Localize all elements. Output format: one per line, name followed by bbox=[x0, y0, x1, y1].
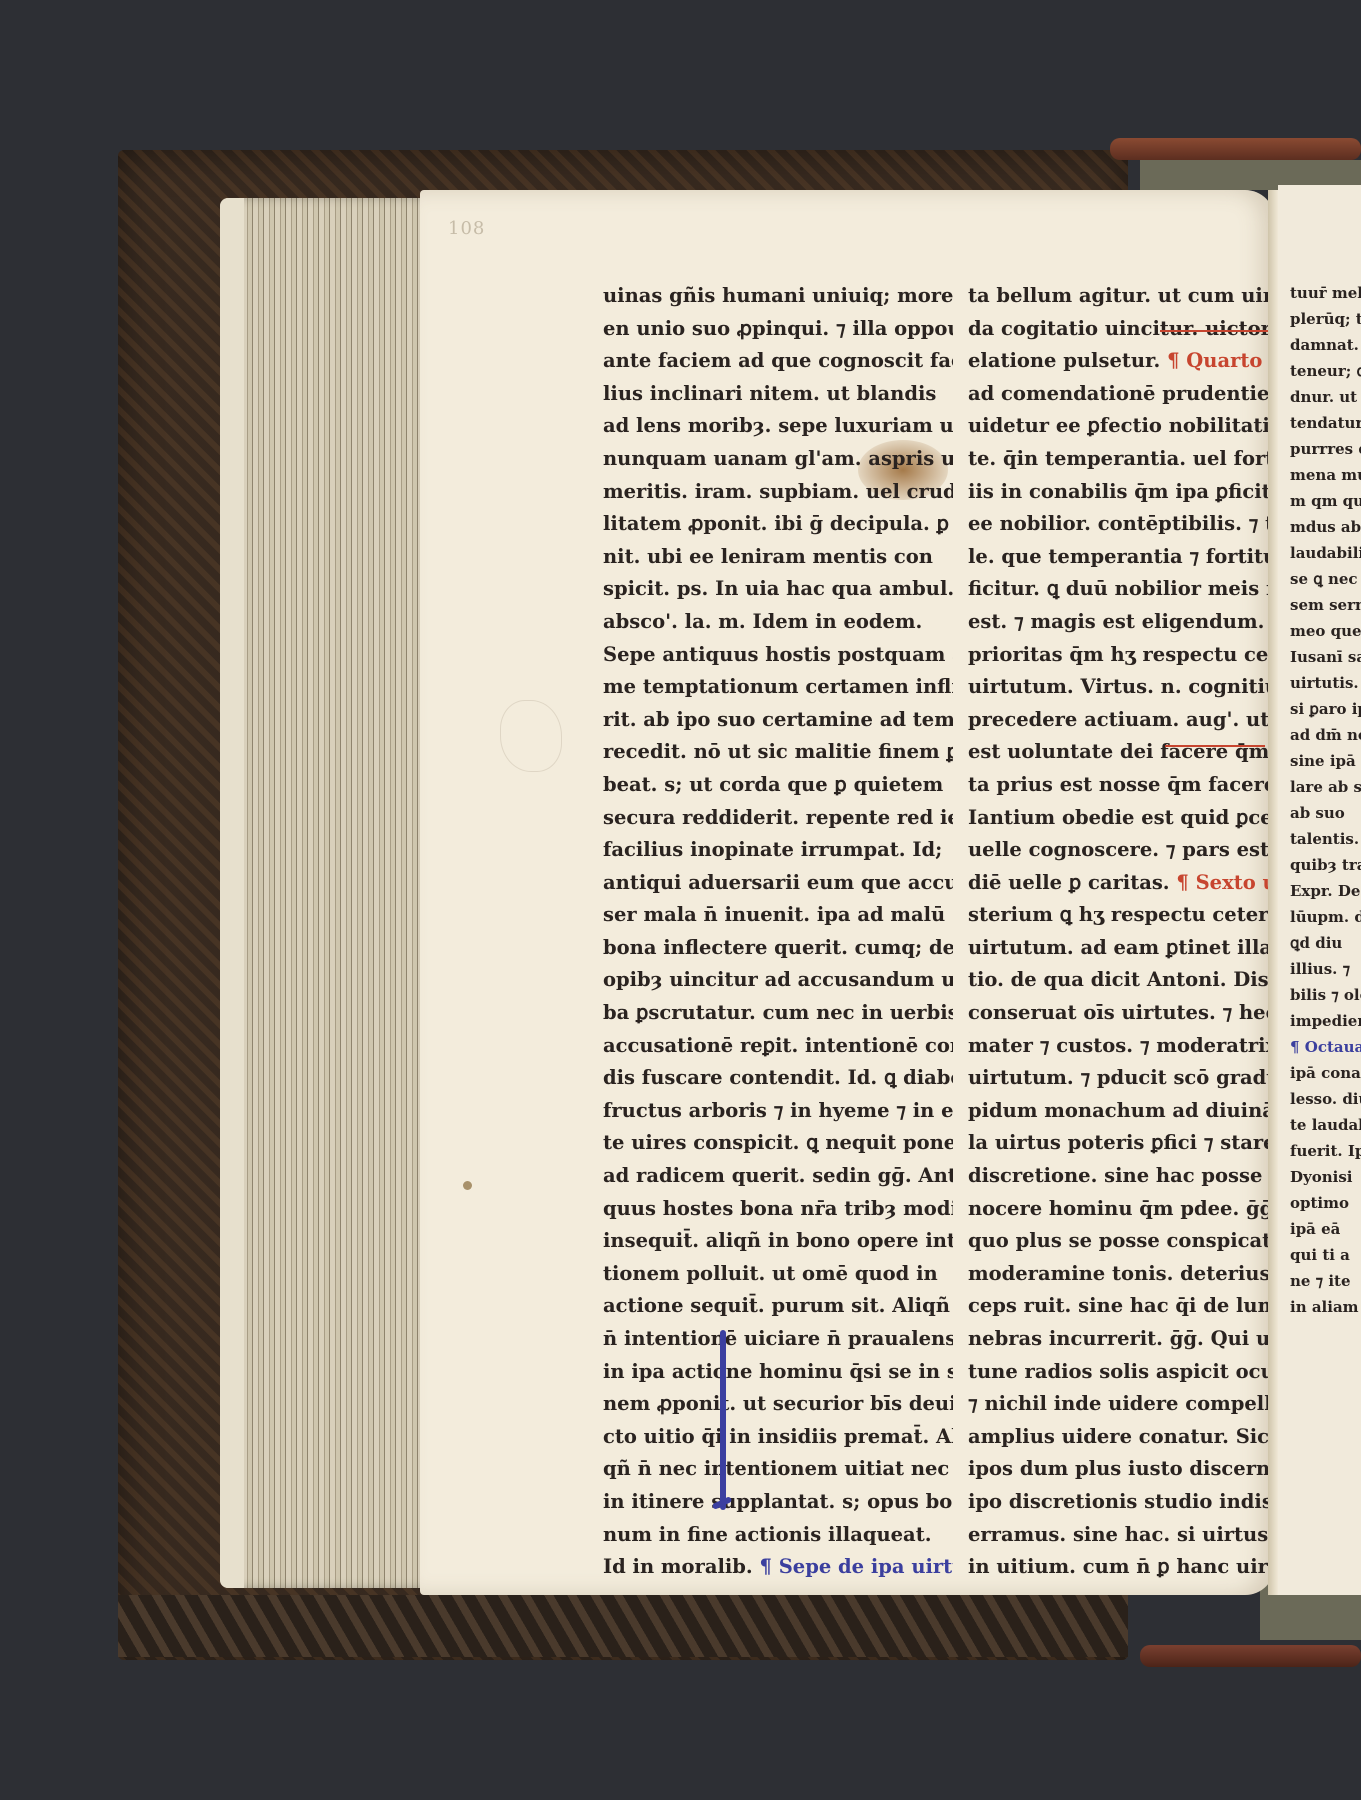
text-line: m qm qu bbox=[1290, 488, 1361, 514]
text-column-b: ta bellum agitur. ut cum uirtusda cogita… bbox=[968, 280, 1268, 1584]
text-line: ad lens moribȝ. sepe luxuriam uo bbox=[603, 410, 953, 443]
text-line: meo queda bbox=[1290, 618, 1361, 644]
text-line: facilius inopinate irrumpat. Id; bbox=[603, 834, 953, 867]
text-line: laudabili bbox=[1290, 540, 1361, 566]
page-edges-stack bbox=[220, 198, 420, 1588]
text-line: ser mala n̄ inuenit. ipa ad malū bbox=[603, 899, 953, 932]
text-line: cto uitio q̄i in insidiis premat̄. Ali bbox=[603, 1421, 953, 1454]
text-line: lius inclinari nitem. ut blandis bbox=[603, 378, 953, 411]
text-line: tuur̄ meliu bbox=[1290, 280, 1361, 306]
text-line: n̄ intentionē uiciare n̄ praualens. bbox=[603, 1323, 953, 1356]
text-line: le. que temperantia ⁊ fortitudine ꝑ bbox=[968, 541, 1268, 574]
blue-initial-descender bbox=[720, 1330, 726, 1510]
text-line: conseruat oīs uirtutes. ⁊ hec ḡ bbox=[968, 997, 1268, 1030]
text-line: nit. ubi ee leniram mentis con bbox=[603, 541, 953, 574]
gutter-fold bbox=[1268, 190, 1278, 1595]
text-line: fuerit. Ip bbox=[1290, 1138, 1361, 1164]
text-line: sterium ꝗ hʒ respectu ceteraꝝ bbox=[968, 899, 1268, 932]
text-line: me temptationum certamen inflixe bbox=[603, 671, 953, 704]
text-line: litatem ꝓponit. ibi ḡ decipula. ꝑ bbox=[603, 508, 953, 541]
text-line: ceps ruit. sine hac q̄i de lumin bbox=[968, 1290, 1268, 1323]
text-line: dnur. ut bbox=[1290, 384, 1361, 410]
text-line: pidum monachum ad diuinā. qu bbox=[968, 1095, 1268, 1128]
blue-initial-paragraph: ¶ Sepe de ipa uirtu bbox=[753, 1555, 953, 1578]
text-line: lesso. diu bbox=[1290, 1086, 1361, 1112]
text-line: sem sermo bbox=[1290, 592, 1361, 618]
paragraph-mark: ¶ Sexto uig bbox=[1176, 871, 1268, 894]
text-line: tendatur. I bbox=[1290, 410, 1361, 436]
paragraph-mark: ¶ Octaua bbox=[1290, 1038, 1361, 1056]
text-line: damnat. cu bbox=[1290, 332, 1361, 358]
text-line: beat. s; ut corda que ꝑ quietem bbox=[603, 769, 953, 802]
text-line: ab suo bbox=[1290, 800, 1361, 826]
text-line: nem ꝓponit. ut securior bīs deui bbox=[603, 1388, 953, 1421]
text-column-a: uinas gñis humani uniuiq; moresen unio s… bbox=[603, 280, 953, 1584]
text-line: plerūq; tr bbox=[1290, 306, 1361, 332]
text-line: precedere actiuam. aug'. ut uit bbox=[968, 704, 1268, 737]
text-line: in itinere supplantat. s; opus bo bbox=[603, 1486, 953, 1519]
text-line: insequit̄. aliqñ in bono opere inten bbox=[603, 1225, 953, 1258]
text-line: qui ti a bbox=[1290, 1242, 1361, 1268]
text-line: teneur; ꝗ bbox=[1290, 358, 1361, 384]
text-line: uirtutis. bbox=[1290, 670, 1361, 696]
text-line: nocere hominu q̄m pdee. ḡḡ. ut bbox=[968, 1193, 1268, 1226]
text-line: ipā conai bbox=[1290, 1060, 1361, 1086]
text-line: tionem polluit. ut omē quod in bbox=[603, 1258, 953, 1291]
text-line: ee nobilior. contēptibilis. ⁊ trāsli bbox=[968, 508, 1268, 541]
text-line: Id in moralib. ¶ Sepe de ipa uirtu bbox=[603, 1551, 953, 1584]
text-line: quus hostes bona nr̄a tribȝ modis bbox=[603, 1193, 953, 1226]
text-line: mdus ab bbox=[1290, 514, 1361, 540]
binding-clasp-strap-top bbox=[1110, 138, 1361, 160]
text-line: amplius uidere conatur. Sic ui bbox=[968, 1421, 1268, 1454]
text-line: opibȝ uincitur ad accusandum uer bbox=[603, 964, 953, 997]
text-line: antiqui aduersarii eum que accu bbox=[603, 867, 953, 900]
text-line: ¶ Octaua bbox=[1290, 1034, 1361, 1060]
text-line: ipā eā bbox=[1290, 1216, 1361, 1242]
text-line: quo plus se posse conspicat ab bbox=[968, 1225, 1268, 1258]
text-line: rit. ab ipo suo certamine ad temp bbox=[603, 704, 953, 737]
text-line: te uires conspicit. ꝗ nequit ponere. bbox=[603, 1127, 953, 1160]
text-line: la uirtus poteris ꝑfici ⁊ stare sine bbox=[968, 1127, 1268, 1160]
text-line: moderamine tonis. deterius ui bbox=[968, 1258, 1268, 1291]
text-line: recedit. nō ut sic malitie finem ꝑ bbox=[603, 736, 953, 769]
text-line: tio. de qua dicit Antoni. Discreti bbox=[968, 964, 1268, 997]
text-line: Expr. De bbox=[1290, 878, 1361, 904]
text-line: accusationē reꝑit. intentionē cor bbox=[603, 1030, 953, 1063]
paragraph-mark: ¶ Quarto ḡ bbox=[1167, 349, 1268, 372]
text-line: tune radios solis aspicit oculis bbox=[968, 1356, 1268, 1389]
text-line: mena mu bbox=[1290, 462, 1361, 488]
text-line: ne ⁊ ite bbox=[1290, 1268, 1361, 1294]
text-line: uirtutum. Virtus. n. cognitiua uid bbox=[968, 671, 1268, 704]
parchment-hole bbox=[463, 1181, 472, 1190]
text-line: da cogitatio uincitur. uictoris ani bbox=[968, 313, 1268, 346]
tooled-binding-border bbox=[118, 1595, 1128, 1657]
text-line: discretione. sine hac posse uider ꝓ bbox=[968, 1160, 1268, 1193]
text-line: in uitium. cum n̄ ꝑ hanc uirtu bbox=[968, 1551, 1268, 1584]
faint-sketch-mark bbox=[500, 700, 562, 772]
text-line: ipo discretionis studio indiscre bbox=[968, 1486, 1268, 1519]
text-line: lūupm. de bbox=[1290, 904, 1361, 930]
text-line: nunquam uanam gl'am. aspris uero bbox=[603, 443, 953, 476]
text-line: in aliam bbox=[1290, 1294, 1361, 1320]
text-line: uirtutum. ad eam ꝑtinet illa disc bbox=[968, 932, 1268, 965]
text-line: fructus arboris ⁊ in hyeme ⁊ in esta bbox=[603, 1095, 953, 1128]
text-column-c-partial: tuur̄ meliuplerūq; trdamnat. cuteneur; ꝗ… bbox=[1290, 280, 1361, 1320]
text-line: num in fine actionis illaqueat. bbox=[603, 1519, 953, 1552]
rubric-flourish-line bbox=[1165, 745, 1265, 747]
text-line: ad dm̄ nob bbox=[1290, 722, 1361, 748]
text-line: qñ n̄ nec intentionem uitiat nec bbox=[603, 1453, 953, 1486]
text-line: elatione pulsetur. ¶ Quarto ḡ bbox=[968, 345, 1268, 378]
text-line: impedien bbox=[1290, 1008, 1361, 1034]
text-line: actione sequit̄. purum sit. Aliqñ bbox=[603, 1290, 953, 1323]
text-line: iis in conabilis q̄m ipa ꝑficit u bbox=[968, 476, 1268, 509]
text-line: ta bellum agitur. ut cum uirtus bbox=[968, 280, 1268, 313]
text-line: te. q̄in temperantia. uel fortitud bbox=[968, 443, 1268, 476]
text-line: est. ⁊ magis est eligendum. ¶ Q bbox=[968, 606, 1268, 639]
text-line: prioritas q̄m hʒ respectu ceteraꝝ bbox=[968, 639, 1268, 672]
text-line: ꝗd diu bbox=[1290, 930, 1361, 956]
text-line: uinas gñis humani uniuiq; mores bbox=[603, 280, 953, 313]
text-line: ad comendationē prudentie. q̄ ip̄a bbox=[968, 378, 1268, 411]
text-line: Sepe antiquus hostis postquam ani bbox=[603, 639, 953, 672]
text-line: Dyonisi bbox=[1290, 1164, 1361, 1190]
text-line: quibȝ trad bbox=[1290, 852, 1361, 878]
text-line: illius. ⁊ bbox=[1290, 956, 1361, 982]
text-line: spicit. ps. In uia hac qua ambul. bbox=[603, 573, 953, 606]
text-line: Iantium obedie est quid ꝑcepi bbox=[968, 802, 1268, 835]
text-line: est uoluntate dei facere q̄m uol bbox=[968, 736, 1268, 769]
text-line: en unio suo ꝓpinqui. ⁊ illa oppoum bbox=[603, 313, 953, 346]
text-line: meritis. iram. supbiam. uel crude bbox=[603, 476, 953, 509]
text-line: absco'. la. m. Idem in eodem. bbox=[603, 606, 953, 639]
rubric-flourish-line bbox=[1160, 330, 1268, 332]
text-line: ta prius est nosse q̄m facere. ḡ bbox=[968, 769, 1268, 802]
text-line: in ipa actione hominu q̄si se in sig bbox=[603, 1356, 953, 1389]
text-line: talentis. bbox=[1290, 826, 1361, 852]
text-line: te laudab bbox=[1290, 1112, 1361, 1138]
text-line: lare ab so bbox=[1290, 774, 1361, 800]
text-line: ⁊ nichil inde uidere compellit. ꝗ bbox=[968, 1388, 1268, 1421]
text-line: purrres q bbox=[1290, 436, 1361, 462]
text-line: sine ipā m bbox=[1290, 748, 1361, 774]
text-line: optimo bbox=[1290, 1190, 1361, 1216]
text-line: si ꝑaro ipā bbox=[1290, 696, 1361, 722]
text-line: dis fuscare contendit. Id. ꝗ diabol' bbox=[603, 1062, 953, 1095]
text-line: secura reddiderit. repente red ies bbox=[603, 802, 953, 835]
text-line: uirtutum. ⁊ pducit scō gradu inter bbox=[968, 1062, 1268, 1095]
text-line: erramus. sine hac. si uirtus bbox=[968, 1519, 1268, 1552]
text-line: ficitur. ꝗ duū nobilior meis mi bbox=[968, 573, 1268, 606]
text-line: ba ꝑscrutatur. cum nec in uerbis bbox=[603, 997, 953, 1030]
text-line: nebras incurrerit. ḡḡ. Qui uul bbox=[968, 1323, 1268, 1356]
text-line: Iusanī sap bbox=[1290, 644, 1361, 670]
folio-number: 108 bbox=[448, 218, 485, 239]
text-line: mater ⁊ custos. ⁊ moderatrix om bbox=[968, 1030, 1268, 1063]
text-line: bona inflectere querit. cumq; de bbox=[603, 932, 953, 965]
text-block-fore-edge bbox=[220, 198, 244, 1588]
text-line: uidetur ee ꝑfectio nobilitatis pru bbox=[968, 410, 1268, 443]
text-line: bilis ⁊ olo bbox=[1290, 982, 1361, 1008]
text-line: diē uelle ꝑ caritas. ¶ Sexto uig bbox=[968, 867, 1268, 900]
text-line: ad radicem querit. sedin gḡ. Anti bbox=[603, 1160, 953, 1193]
text-line: ipos dum plus iusto discernit bbox=[968, 1453, 1268, 1486]
binding-clasp-strap-bottom bbox=[1140, 1645, 1361, 1667]
text-line: se ꝗ nec bbox=[1290, 566, 1361, 592]
text-line: ante faciem ad que cognoscit faci bbox=[603, 345, 953, 378]
text-line: uelle cognoscere. ⁊ pars est obe bbox=[968, 834, 1268, 867]
